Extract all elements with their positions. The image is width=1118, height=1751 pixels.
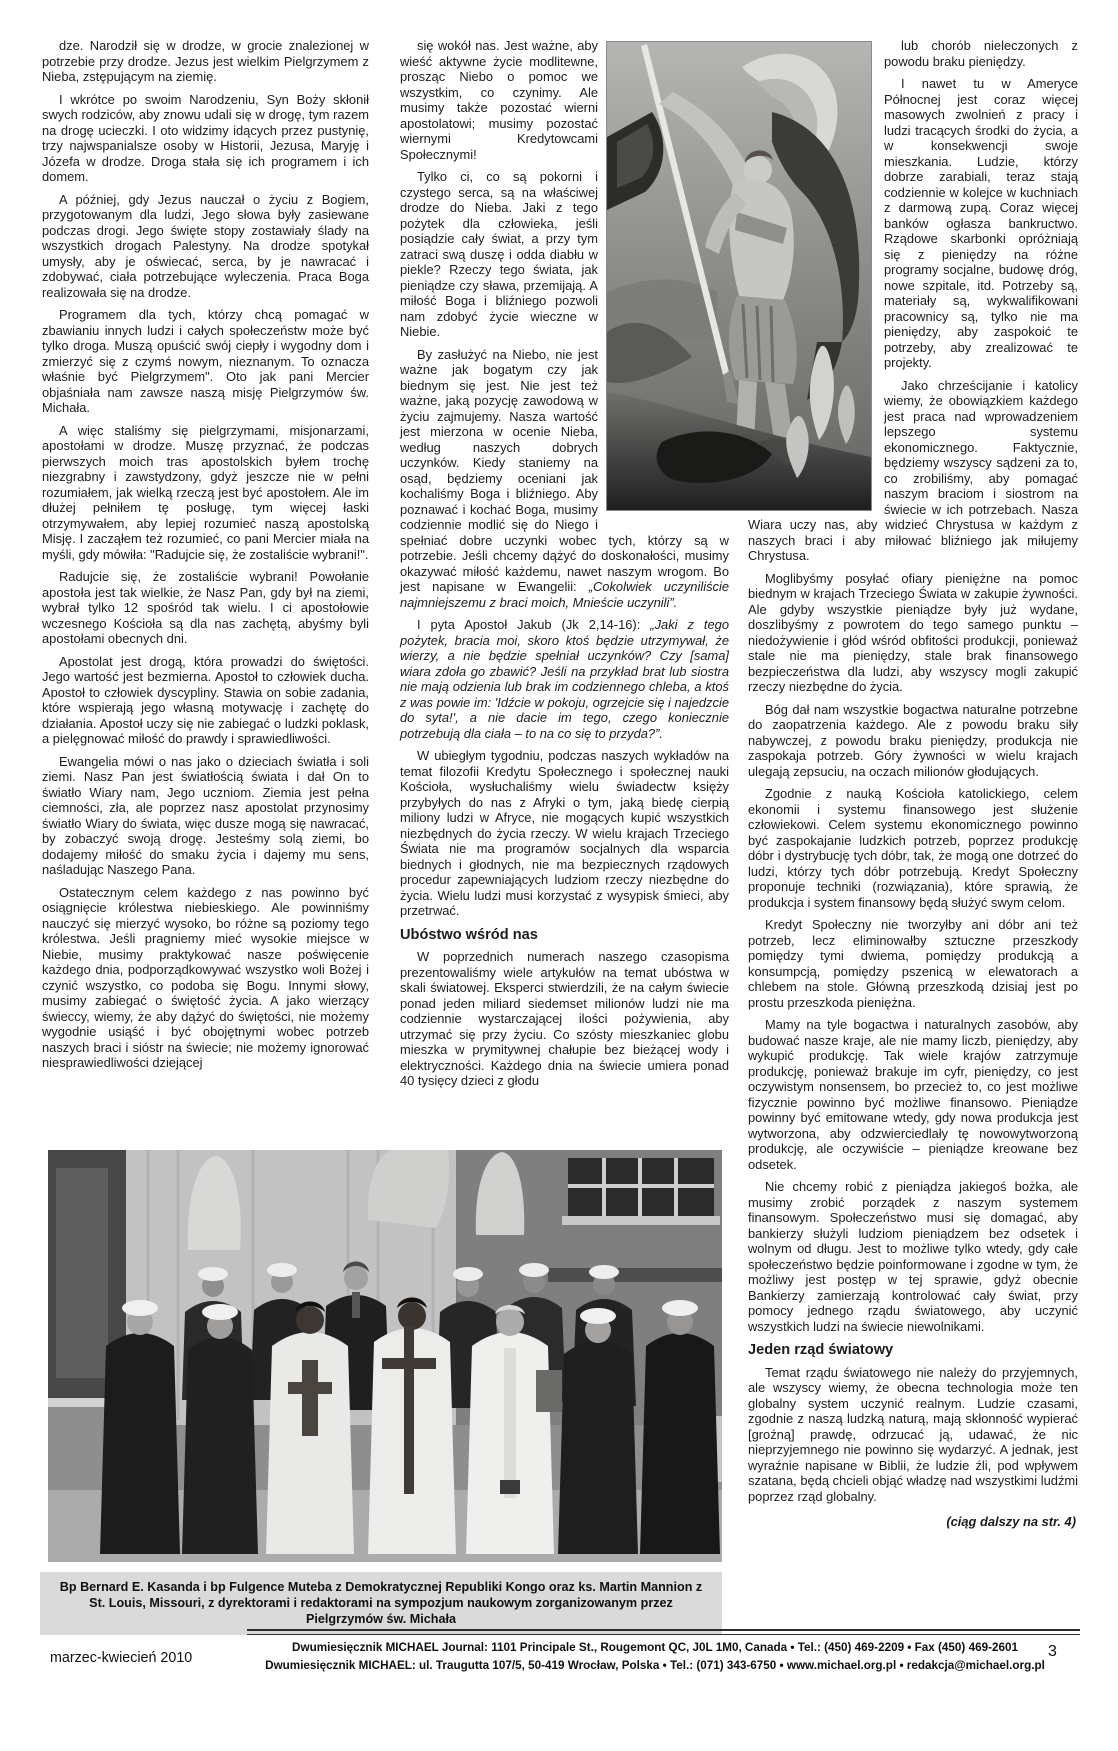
body-paragraph: Mamy na tyle bogactwa i naturalnych zaso… xyxy=(748,1017,1078,1172)
body-paragraph: A później, gdy Jezus nauczał o życiu z B… xyxy=(42,192,369,301)
group-photo xyxy=(48,1150,722,1562)
photo-caption: Bp Bernard E. Kasanda i bp Fulgence Mute… xyxy=(40,1572,722,1635)
body-paragraph: dze. Narodził się w drodze, w grocie zna… xyxy=(42,38,369,85)
body-paragraph: A więc staliśmy się pielgrzymami, misjon… xyxy=(42,423,369,563)
body-paragraph: Moglibyśmy posyłać ofiary pieniężne na p… xyxy=(748,571,1078,695)
body-paragraph: Kredyt Społeczny nie tworzyłby ani dóbr … xyxy=(748,917,1078,1010)
st-michael-painting xyxy=(607,42,871,510)
page-number: 3 xyxy=(1048,1643,1057,1661)
issue-date: marzec-kwiecień 2010 xyxy=(50,1650,192,1666)
body-paragraph: W ubiegłym tygodniu, podczas naszych wyk… xyxy=(400,748,729,919)
body-paragraph: Nie chcemy robić z pieniądza jakiegoś bo… xyxy=(748,1179,1078,1334)
group-photo-graphic xyxy=(48,1150,722,1562)
section-heading: Jeden rząd światowy xyxy=(748,1343,1078,1359)
publisher-line-2: Dwumiesięcznik MICHAEL: ul. Traugutta 10… xyxy=(230,1657,1080,1675)
newspaper-page: { "colors": { "text": "#1c1c1c", "captio… xyxy=(0,0,1118,1751)
body-paragraph: Temat rządu światowego nie należy do prz… xyxy=(748,1365,1078,1505)
column-left: dze. Narodził się w drodze, w grocie zna… xyxy=(42,38,369,1071)
publisher-info: Dwumiesięcznik MICHAEL Journal: 1101 Pri… xyxy=(230,1639,1080,1674)
body-paragraph: I wkrótce po swoim Narodzeniu, Syn Boży … xyxy=(42,92,369,185)
body-paragraph: Ostatecznym celem każdego z nas powinno … xyxy=(42,885,369,1071)
continuation-note: (ciąg dalszy na str. 4) xyxy=(748,1514,1076,1530)
body-paragraph: Bóg dał nam wszystkie bogactwa naturalne… xyxy=(748,702,1078,780)
body-paragraph: Zgodnie z nauką Kościoła katolickiego, c… xyxy=(748,786,1078,910)
body-paragraph: W poprzednich numerach naszego czasopism… xyxy=(400,949,729,1089)
st-michael-artwork-graphic xyxy=(607,42,871,510)
body-paragraph: I pyta Apostoł Jakub (Jk 2,14-16): „Jaki… xyxy=(400,617,729,741)
publisher-line-1: Dwumiesięcznik MICHAEL Journal: 1101 Pri… xyxy=(230,1639,1080,1657)
body-paragraph: Apostolat jest drogą, która prowadzi do … xyxy=(42,654,369,747)
body-paragraph: Programem dla tych, którzy chcą pomagać … xyxy=(42,307,369,416)
footer-divider xyxy=(247,1629,1080,1635)
body-paragraph: Ewangelia mówi o nas jako o dzieciach św… xyxy=(42,754,369,878)
section-heading: Ubóstwo wśród nas xyxy=(400,928,729,944)
body-paragraph: Radujcie się, że zostaliście wybrani! Po… xyxy=(42,569,369,647)
